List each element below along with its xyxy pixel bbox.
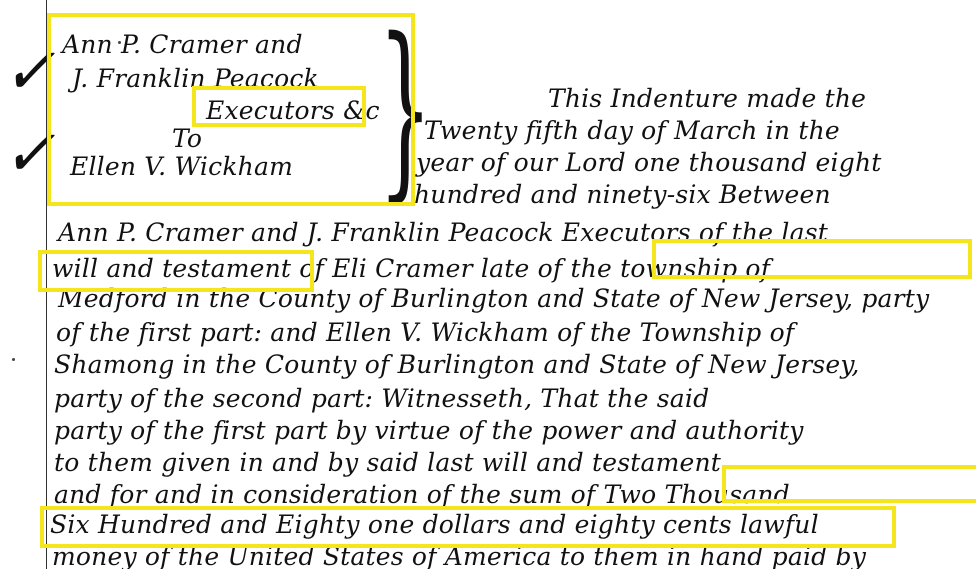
body-line: and for and in consideration of the sum …: [54, 480, 790, 509]
body-line: party of the second part: Witnesseth, Th…: [54, 384, 709, 413]
highlight-box-role[interactable]: [192, 86, 366, 127]
highlight-box-capacity-2[interactable]: [38, 250, 314, 292]
highlight-box-amount-2[interactable]: [40, 506, 896, 548]
scanned-document-page: ✓ ✓ Ann P. Cramer and J. Franklin Peacoc…: [0, 0, 976, 569]
body-line: hundred and ninety-six Between: [414, 180, 831, 209]
body-line: of the first part: and Ellen V. Wickham …: [56, 318, 794, 347]
scan-speck: [118, 41, 121, 44]
scan-speck: [12, 358, 15, 361]
highlight-box-capacity-1[interactable]: [652, 239, 972, 279]
body-line: This Indenture made the: [548, 84, 866, 113]
highlight-box-amount-1[interactable]: [722, 465, 976, 503]
body-line: Twenty fifth day of March in the: [424, 116, 840, 145]
body-line: to them given in and by said last will a…: [54, 448, 721, 477]
body-line: year of our Lord one thousand eight: [416, 148, 882, 177]
body-line: Shamong in the County of Burlington and …: [54, 350, 860, 379]
body-line: party of the first part by virtue of the…: [54, 416, 804, 445]
